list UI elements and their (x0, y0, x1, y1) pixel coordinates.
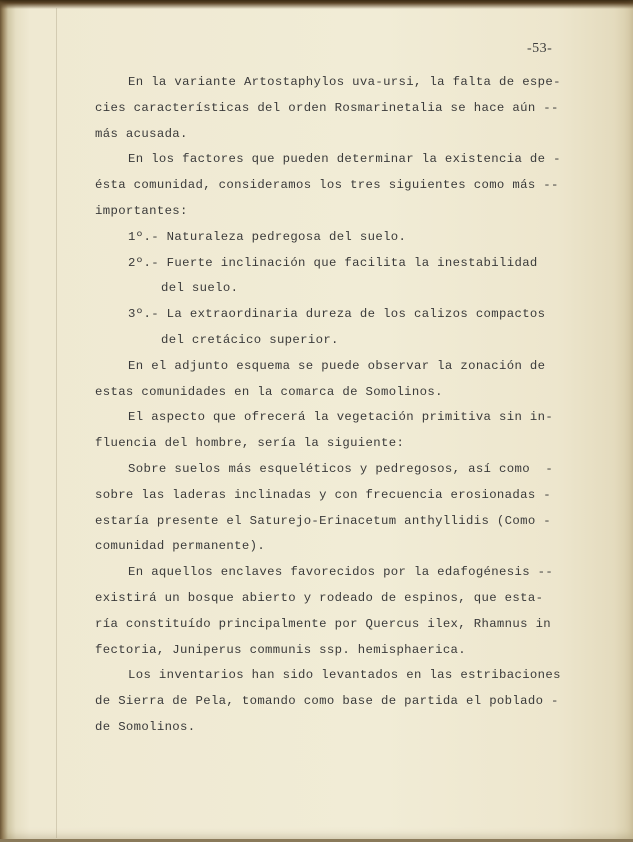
text-line: más acusada. (95, 122, 605, 148)
text-line: Sobre suelos más esqueléticos y pedregos… (95, 457, 605, 483)
text-line: del cretácico superior. (95, 328, 605, 354)
text-line: fluencia del hombre, sería la siguiente: (95, 431, 605, 457)
text-line: 2º.- Fuerte inclinación que facilita la … (95, 251, 605, 277)
scanned-page: -53- En la variante Artostaphylos uva-ur… (0, 0, 633, 842)
text-line: ría constituído principalmente por Querc… (95, 612, 605, 638)
text-line: del suelo. (95, 276, 605, 302)
typewritten-body-text: En la variante Artostaphylos uva-ursi, l… (95, 70, 605, 741)
text-line: 3º.- La extraordinaria dureza de los cal… (95, 302, 605, 328)
text-line: existirá un bosque abierto y rodeado de … (95, 586, 605, 612)
text-line: importantes: (95, 199, 605, 225)
text-line: estaría presente el Saturejo-Erinacetum … (95, 509, 605, 535)
text-line: El aspecto que ofrecerá la vegetación pr… (95, 405, 605, 431)
text-line: comunidad permanente). (95, 534, 605, 560)
text-line: de Sierra de Pela, tomando como base de … (95, 689, 605, 715)
text-line: En la variante Artostaphylos uva-ursi, l… (95, 70, 605, 96)
text-line: sobre las laderas inclinadas y con frecu… (95, 483, 605, 509)
text-line: Los inventarios han sido levantados en l… (95, 663, 605, 689)
text-line: En los factores que pueden determinar la… (95, 147, 605, 173)
text-line: cies características del orden Rosmarine… (95, 96, 605, 122)
text-line: de Somolinos. (95, 715, 605, 741)
page-number: -53- (527, 41, 552, 57)
text-line: ésta comunidad, consideramos los tres si… (95, 173, 605, 199)
text-line: En el adjunto esquema se puede observar … (95, 354, 605, 380)
page-fold-line (56, 8, 57, 838)
text-line: estas comunidades en la comarca de Somol… (95, 380, 605, 406)
text-line: fectoria, Juniperus communis ssp. hemisp… (95, 638, 605, 664)
text-line: 1º.- Naturaleza pedregosa del suelo. (95, 225, 605, 251)
text-line: En aquellos enclaves favorecidos por la … (95, 560, 605, 586)
